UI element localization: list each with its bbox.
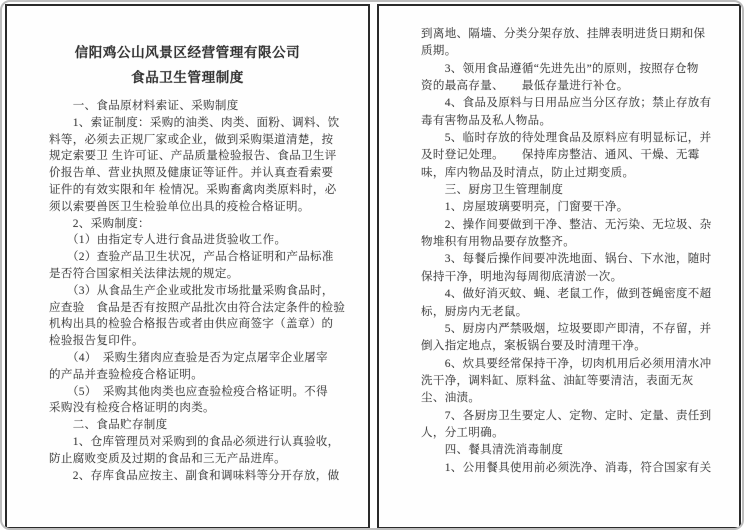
text-line: 应查验 食品是否有按照产品批次由符合法定条件的检验 [49,300,342,317]
text-line: 机构出具的检验合格报告或者由供应商签字（盖章）的 [49,316,342,333]
text-line: 须以索要兽医卫生检验单位出具的疫检合格证明。 [49,199,342,216]
text-line: 证件的有效实限和年 检情况。采购畜禽肉类原料时，必 [49,182,342,199]
text-line: 2、操作间要做到干净、整洁、无污染、无垃圾、杂 [421,217,713,234]
text-line: 2、采购制度： [49,216,342,233]
page-left: 信阳鸡公山风景区经营管理有限公司 食品卫生管理制度 一、食品原材料索证、采购制度… [5,4,370,529]
text-line: 7、各厨房卫生要定人、定物、定时、定量、责任到 [421,408,713,425]
text-line: （1）由指定专人进行食品进货验收工作。 [49,232,342,249]
text-line: 及时登记处理。 保持库房整洁、通风、干燥、无霉 [421,147,713,164]
text-line: 标，厨房内无老鼠。 [421,304,713,321]
text-line: 毒有害物品及私人物品。 [421,113,713,130]
text-line: 1、索证制度：采购的油类、肉类、面粉、调料、饮 [49,115,342,132]
text-line: 采购没有检疫合格证明的肉类。 [49,400,342,417]
text-line: （3）从食品生产企业或批发市场批量采购食品时， [49,283,342,300]
text-line: 1、仓库管理员对采购到的食品必须进行认真验收， [49,434,342,451]
page-left-text: 一、食品原材料索证、采购制度 1、索证制度：采购的油类、肉类、面粉、调料、饮料等… [49,98,342,484]
text-line: 人，分工明确。 [421,425,713,442]
text-line: （5） 采购其他肉类也应查验检疫合格证明。不得 [49,384,342,401]
text-line: 3、每餐后操作间要冲洗地面、锅台、下水池，随时 [421,251,713,268]
text-line: 尘、油渍。 [421,390,713,407]
text-line: 一、食品原材料索证、采购制度 [49,98,342,115]
text-line: 四、餐具清洗消毒制度 [421,442,713,459]
text-line: 6、炊具要经常保持干净，切肉机用后必须用清水冲 [421,356,713,373]
text-line: 规定索要卫 生许可证、产品质量检验报告、食品卫生评 [49,148,342,165]
text-line: 2、存库食品应按主、副食和调味料等分开存放，做 [49,468,342,485]
text-line: 保持干净，明地沟每周彻底清淤一次。 [421,269,713,286]
company-name-title: 信阳鸡公山风景区经营管理有限公司 [7,40,368,65]
text-line: （4） 采购生猪肉应查验是否为定点屠宰企业屠宰 [49,350,342,367]
text-line: （2）查验产品卫生状况，产品合格证明和产品标准 [49,249,342,266]
text-line: 三、厨房卫生管理制度 [421,182,713,199]
text-line: 物堆积有用物品要存放整齐。 [421,234,713,251]
text-line: 4、食品及原料与日用品应当分区存放；禁止存放有 [421,95,713,112]
text-line: 5、临时存放的待处理食品及原料应有明显标记，并 [421,130,713,147]
document-subtitle: 食品卫生管理制度 [7,65,368,90]
text-line: 防止腐败变质及过期的食品和三无产品进库。 [49,451,342,468]
text-line: 二、食品贮存制度 [49,417,342,434]
text-line: 料等，必须去正规厂家或企业，做到采购渠道清楚，按 [49,132,342,149]
text-line: 的产品并查验检疫合格证明。 [49,367,342,384]
document-title: 信阳鸡公山风景区经营管理有限公司 食品卫生管理制度 [7,40,368,90]
page-right-text: 到离地、隔墙、分类分架存放、挂牌表明进货日期和保质期。 3、领用食品遵循“先进先… [421,26,713,477]
text-line: 价报告单、营业执照及健康证等证件。并认真查看索要 [49,165,342,182]
text-line: 味，库内物品及时清点，防止过期变质。 [421,165,713,182]
text-line: 1、房屋玻璃要明亮，门窗要干净。 [421,199,713,216]
text-line: 倒入指定地点，案板锅台要及时清理干净。 [421,338,713,355]
text-line: 到离地、隔墙、分类分架存放、挂牌表明进货日期和保 [421,26,713,43]
text-line: 洗干净，调料缸、原料盆、油缸等要清洁，表面无灰 [421,373,713,390]
text-line: 3、领用食品遵循“先进先出”的原则，按照存仓物 [421,61,713,78]
text-line: 4、做好消灭蚊、蝇、老鼠工作，做到苍蝇密度不超 [421,286,713,303]
page-right: 到离地、隔墙、分类分架存放、挂牌表明进货日期和保质期。 3、领用食品遵循“先进先… [377,4,741,529]
text-line: 质期。 [421,43,713,60]
text-line: 资的最高存量、 最低存量进行补仓。 [421,78,713,95]
screenshot-frame: 信阳鸡公山风景区经营管理有限公司 食品卫生管理制度 一、食品原材料索证、采购制度… [0,0,744,530]
text-line: 5、厨房内严禁吸烟，垃圾要即产即清，不存留，并 [421,321,713,338]
text-line: 是否符合国家相关法律法规的规定。 [49,266,342,283]
text-line: 1、公用餐具使用前必须洗净、消毒，符合国家有关 [421,460,713,477]
text-line: 检验报告复印件。 [49,333,342,350]
